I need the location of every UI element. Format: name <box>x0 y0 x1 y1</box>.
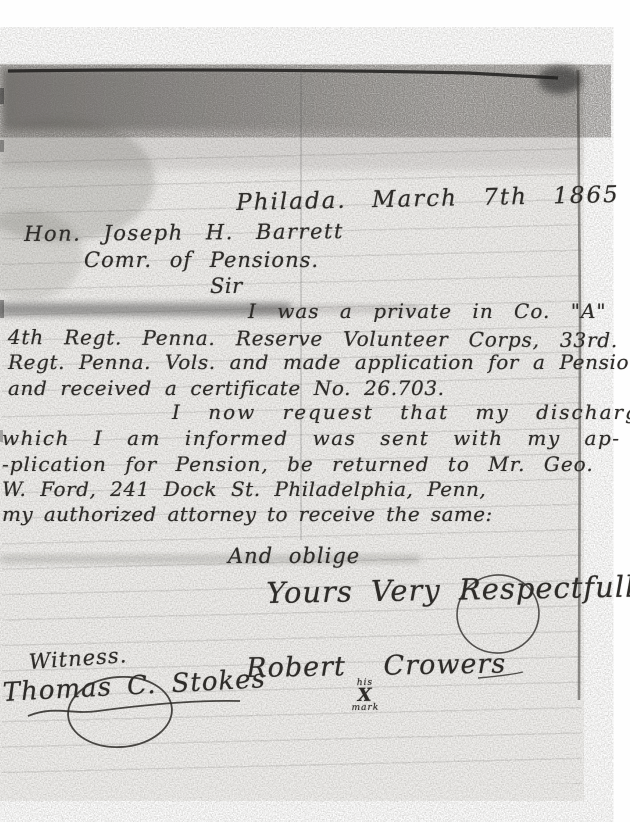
body-line-2: 4th Regt. Penna. Reserve Volunteer Corps… <box>8 325 618 352</box>
body-line-3: Regt. Penna. Vols. and made application … <box>8 350 630 374</box>
body-line-4: and received a certificate No. 26.703. <box>8 376 445 400</box>
body-line-9: my authorized attorney to receive the sa… <box>2 502 493 526</box>
body-line-5: I now request that my discharge <box>172 400 630 424</box>
closing-line-2: Yours Very Respectfully <box>266 569 630 610</box>
scanned-letter-page: Philada. March 7th 1865 - Hon. Joseph H.… <box>0 0 630 822</box>
body-line-6: which I am informed was sent with my ap- <box>2 426 621 450</box>
signature-his-mark: hisXmark <box>351 679 379 713</box>
signature-line: RoberthisXmarkCrowers <box>246 648 507 714</box>
body-line-8: W. Ford, 241 Dock St. Philadelphia, Penn… <box>2 477 486 501</box>
mark-x: X <box>358 687 373 703</box>
salutation: Sir <box>210 274 243 298</box>
recipient-title-line: Comr. of Pensions. <box>84 248 319 272</box>
closing-line-1: And oblige <box>228 544 360 568</box>
recipient-name-line: Hon. Joseph H. Barrett <box>24 219 344 246</box>
body-line-1: I was a private in Co. "A" <box>248 299 607 323</box>
body-line-7: -plication for Pension, be returned to M… <box>2 452 594 476</box>
signature-last-name: Crowers <box>383 648 506 681</box>
mark-label-mark: mark <box>352 703 380 712</box>
